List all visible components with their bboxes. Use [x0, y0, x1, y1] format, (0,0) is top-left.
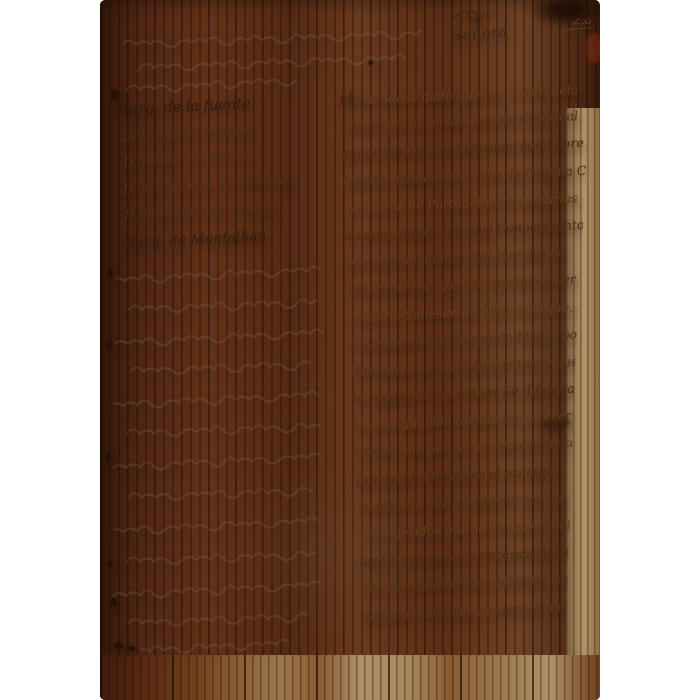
- ink-blob: [105, 452, 112, 464]
- red-edge-stain: [586, 33, 600, 63]
- bleed-through-line: [114, 514, 320, 543]
- bleed-through-line: [136, 51, 406, 78]
- ink-blob: [105, 340, 113, 349]
- photo-of-manuscript: Señora 2.8 Marq. de la fuenteD. Diego Sa…: [0, 0, 700, 700]
- manuscript-page: Señora 2.8 Marq. de la fuenteD. Diego Sa…: [100, 0, 600, 700]
- bleed-through-line: [130, 358, 311, 382]
- marginal-names-list: Marq. de la fuenteD. Diego SarmientoD. F…: [114, 85, 362, 256]
- bleed-through-line: [128, 484, 314, 508]
- bleed-through-line: [126, 548, 317, 573]
- salutation-heading: Señora: [451, 24, 509, 45]
- ink-blob: [109, 597, 118, 608]
- ink-blob: [368, 60, 373, 66]
- manuscript-body-text: Haviendose dado quenta, à V.M. delaCausa…: [338, 74, 600, 629]
- bleed-through-line: [112, 450, 323, 479]
- wood-table-background: Señora 2.8 Marq. de la fuenteD. Diego Sa…: [100, 0, 600, 700]
- bleed-through-line: [114, 388, 320, 417]
- ink-blob: [107, 268, 114, 278]
- bleed-through-line: [128, 296, 319, 321]
- bleed-through-line: [128, 610, 309, 634]
- ink-blob: [113, 641, 124, 650]
- bleed-through-line: [114, 326, 325, 355]
- bleed-through-line: [140, 636, 291, 662]
- bleed-through-line: [116, 263, 322, 292]
- bleed-through-line: [112, 578, 323, 607]
- bleed-through-line: [122, 27, 422, 55]
- ink-blob: [128, 645, 136, 652]
- ink-blob: [110, 88, 119, 101]
- ink-blob: [107, 560, 113, 568]
- bleed-through-line: [126, 420, 322, 445]
